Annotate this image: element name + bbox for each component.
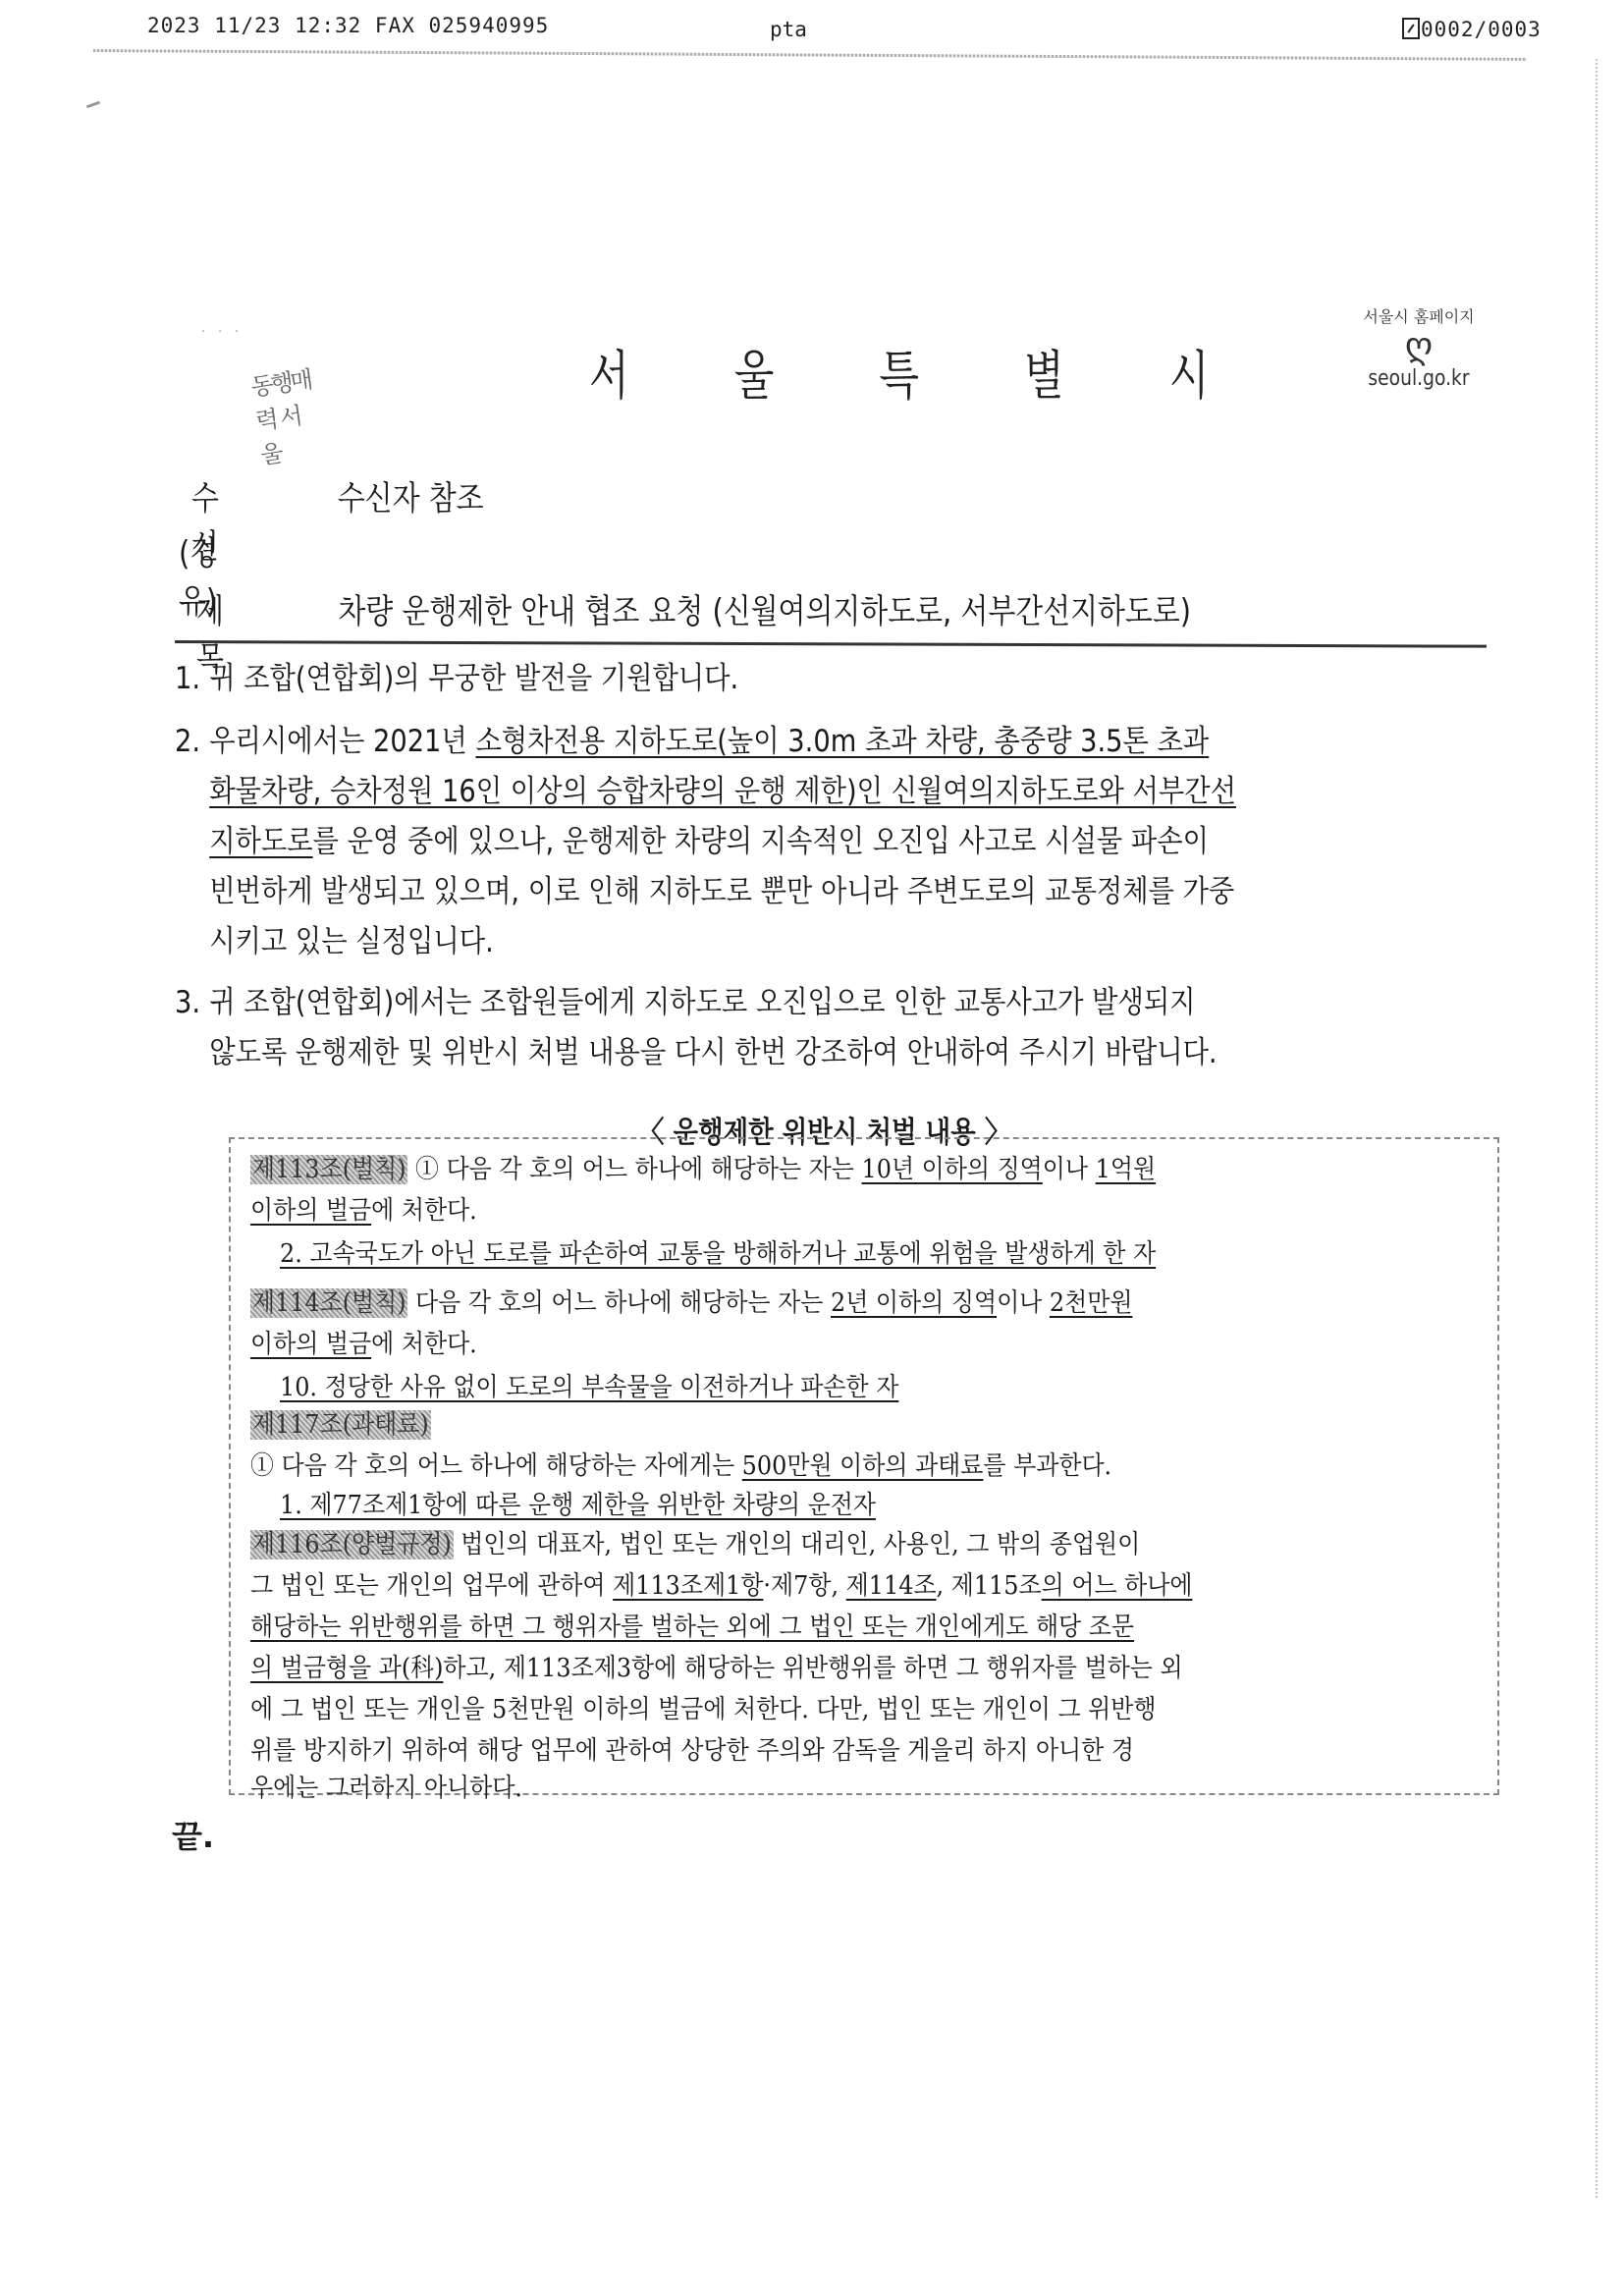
text: 그 법인 또는 개인의 업무에 관하여 [250,1571,613,1601]
item-text: 를 운영 중에 있으나, 운행제한 차량의 지속적인 오진입 사고로 시설물 파… [313,824,1209,859]
page-counter-text: 0002/0003 [1421,18,1542,41]
article-tag: 제116조(양벌규정) [250,1530,454,1559]
text-underlined: 2년 이하의 징역 [831,1288,997,1318]
fax-page-counter: 0002/0003 [1402,18,1542,41]
text-underlined: 500만원 이하의 과태료 [742,1451,984,1481]
text: 에 처한다. [371,1196,477,1226]
text-underlined: 1. 제77조제1항에 따른 운행 제한을 위반한 차량의 운전자 [280,1491,876,1520]
recipient-value: 수신자 참조 [338,471,484,519]
item-text: 시키고 있는 실정입니다. [209,924,494,959]
item-number: 1. [175,654,209,704]
text: , 제115조 [937,1571,1042,1601]
body-item-2: 2.우리시에서는 2021년 소형차전용 지하도로(높이 3.0m 초과 차량,… [175,717,1332,967]
art113-line1: 제113조(벌칙) ① 다음 각 호의 어느 하나에 해당하는 자는 10년 이… [250,1149,1156,1185]
item-text: 않도록 운행제한 및 위반시 처벌 내용을 다시 한번 강조하여 안내하여 주시… [209,1035,1217,1070]
art116-line1: 제116조(양벌규정) 법인의 대표자, 법인 또는 개인의 대리인, 사용인,… [250,1524,1140,1560]
body-item-1: 1.귀 조합(연합회)의 무궁한 발전을 기원합니다. [175,654,1332,704]
art113-line2: 이하의 벌금에 처한다. [250,1190,477,1227]
penalty-box: 제113조(벌칙) ① 다음 각 호의 어느 하나에 해당하는 자는 10년 이… [229,1137,1499,1795]
text-underlined: 의 벌금형을 과(科) [250,1654,443,1683]
art116-line5: 에 그 법인 또는 개인을 5천만원 이하의 벌금에 처한다. 다만, 법인 또… [250,1689,1157,1725]
item-text-underlined: 화물차량, 승차정원 16인 이상의 승합차량의 운행 제한)인 신월여의지하도… [209,774,1236,809]
text: 를 부과한다. [983,1451,1111,1481]
seoul-logo: 서울시 홈페이지 ღ seoul.go.kr [1350,304,1488,432]
text-underlined: 2. 고속국도가 아닌 도로를 파손하여 교통을 방해하거나 교통에 위험을 발… [280,1239,1156,1269]
text: ① 다음 각 호의 어느 하나에 해당하는 자에게는 [250,1451,742,1481]
item-text-underlined: 소형차전용 지하도로(높이 3.0m 초과 차량, 총중량 3.5톤 초과 [475,724,1209,759]
art116-line6: 위를 방지하기 위하여 해당 업무에 관하여 상당한 주의와 감독을 게을리 하… [250,1730,1134,1767]
art117-item: 1. 제77조제1항에 따른 운행 제한을 위반한 차량의 운전자 [280,1485,876,1521]
fax-checkbox-icon [1402,18,1420,39]
fax-header: 2023 11/23 12:32 FAX 025940995 pta 0002/… [0,14,1624,53]
text: ① 다음 각 호의 어느 하나에 해당하는 자는 [407,1155,861,1184]
art114-line2: 이하의 벌금에 처한다. [250,1324,477,1360]
art116-line7: 우에는 그러하지 아니하다. [250,1768,522,1804]
text: 에 처한다. [371,1330,477,1359]
scan-edge-line [1596,59,1597,2200]
organization-title: 서 울 특 별 시 [589,334,1255,410]
text: 하고, 제113조제3항에 해당하는 위반행위를 하면 그 행위자를 벌하는 외 [443,1654,1182,1683]
logo-url: seoul.go.kr [1361,366,1478,391]
slogan-text: 동행매력 서울 [248,359,326,470]
item-text: 빈번하게 발생되고 있으며, 이로 인해 지하도로 뿐만 아니라 주변도로의 교… [209,874,1234,909]
text-underlined: 제114조 [846,1571,937,1601]
text: 이나 [1043,1155,1096,1184]
item-text: 귀 조합(연합회)에서는 조합원들에게 지하도로 오진입으로 인한 교통사고가 … [209,985,1195,1020]
art114-line1: 제114조(벌칙) 다음 각 호의 어느 하나에 해당하는 자는 2년 이하의 … [250,1283,1132,1319]
text-underlined: 10년 이하의 징역 [862,1155,1043,1184]
text: 위를 방지하기 위하여 해당 업무에 관하여 상당한 주의와 감독을 게을리 하… [250,1736,1134,1766]
item-text-underlined: 지하도로 [209,824,312,859]
text-underlined: 제113조제1항 [613,1571,763,1601]
scan-speck [86,101,100,109]
article-tag: 제113조(벌칙) [250,1155,407,1184]
text-underlined: 해당하는 위반행위를 하면 그 행위자를 벌하는 외에 그 법인 또는 개인에게… [250,1613,1134,1642]
art116-line4: 의 벌금형을 과(科)하고, 제113조제3항에 해당하는 위반행위를 하면 그… [250,1648,1183,1684]
item-text: 귀 조합(연합회)의 무궁한 발전을 기원합니다. [209,661,738,696]
art113-item: 2. 고속국도가 아닌 도로를 파손하여 교통을 방해하거나 교통에 위험을 발… [280,1233,1156,1270]
text-underlined: 10. 정당한 사유 없이 도로의 부속물을 이전하거나 파손한 자 [280,1373,898,1402]
text: 다음 각 호의 어느 하나에 해당하는 자는 [407,1288,831,1318]
city-slogan-logo: · · · 동행매력 서울 [201,324,319,403]
fax-sender-tag: pta [770,18,807,41]
text: 우에는 그러하지 아니하다. [250,1774,522,1803]
item-text: 우리시에서는 2021년 [209,724,475,759]
text-underlined: 1억원 [1096,1155,1156,1184]
seoul-logo-icon: ღ [1350,327,1488,366]
art116-line3: 해당하는 위반행위를 하면 그 행위자를 벌하는 외에 그 법인 또는 개인에게… [250,1607,1134,1643]
art114-item: 10. 정당한 사유 없이 도로의 부속물을 이전하거나 파손한 자 [280,1367,898,1403]
body-item-3: 3.귀 조합(연합회)에서는 조합원들에게 지하도로 오진입으로 인한 교통사고… [175,978,1332,1078]
art117-tag-line: 제117조(과태료) [250,1404,431,1441]
article-tag: 제117조(과태료) [250,1410,431,1440]
closing-mark: 끝. [172,1812,214,1857]
text: 이나 [997,1288,1050,1318]
slogan-decoration: · · · [201,324,243,340]
text-underlined: 이하의 벌금 [250,1196,371,1226]
text-underlined: 2천만원 [1050,1288,1133,1318]
text-underlined: 이하의 벌금 [250,1330,371,1359]
item-number: 2. [175,717,209,767]
text: 법인의 대표자, 법인 또는 개인의 대리인, 사용인, 그 밖의 종업원이 [454,1530,1141,1559]
fax-datetime-number: 2023 11/23 12:32 FAX 025940995 [147,14,549,37]
article-tag: 제114조(벌칙) [250,1288,407,1318]
text: ·제7항, [763,1571,845,1601]
subject-divider [175,640,1487,648]
text-underlined: 의 어느 하나에 [1042,1571,1193,1601]
item-number: 3. [175,978,209,1028]
logo-caption: 서울시 홈페이지 [1350,304,1488,327]
art116-line2: 그 법인 또는 개인의 업무에 관하여 제113조제1항·제7항, 제114조,… [250,1565,1192,1602]
text: 에 그 법인 또는 개인을 5천만원 이하의 벌금에 처한다. 다만, 법인 또… [250,1695,1157,1724]
art117-line1: ① 다음 각 호의 어느 하나에 해당하는 자에게는 500만원 이하의 과태료… [250,1446,1111,1482]
subject-value: 차량 운행제한 안내 협조 요청 (신월여의지하도로, 서부간선지하도로) [339,584,1192,632]
